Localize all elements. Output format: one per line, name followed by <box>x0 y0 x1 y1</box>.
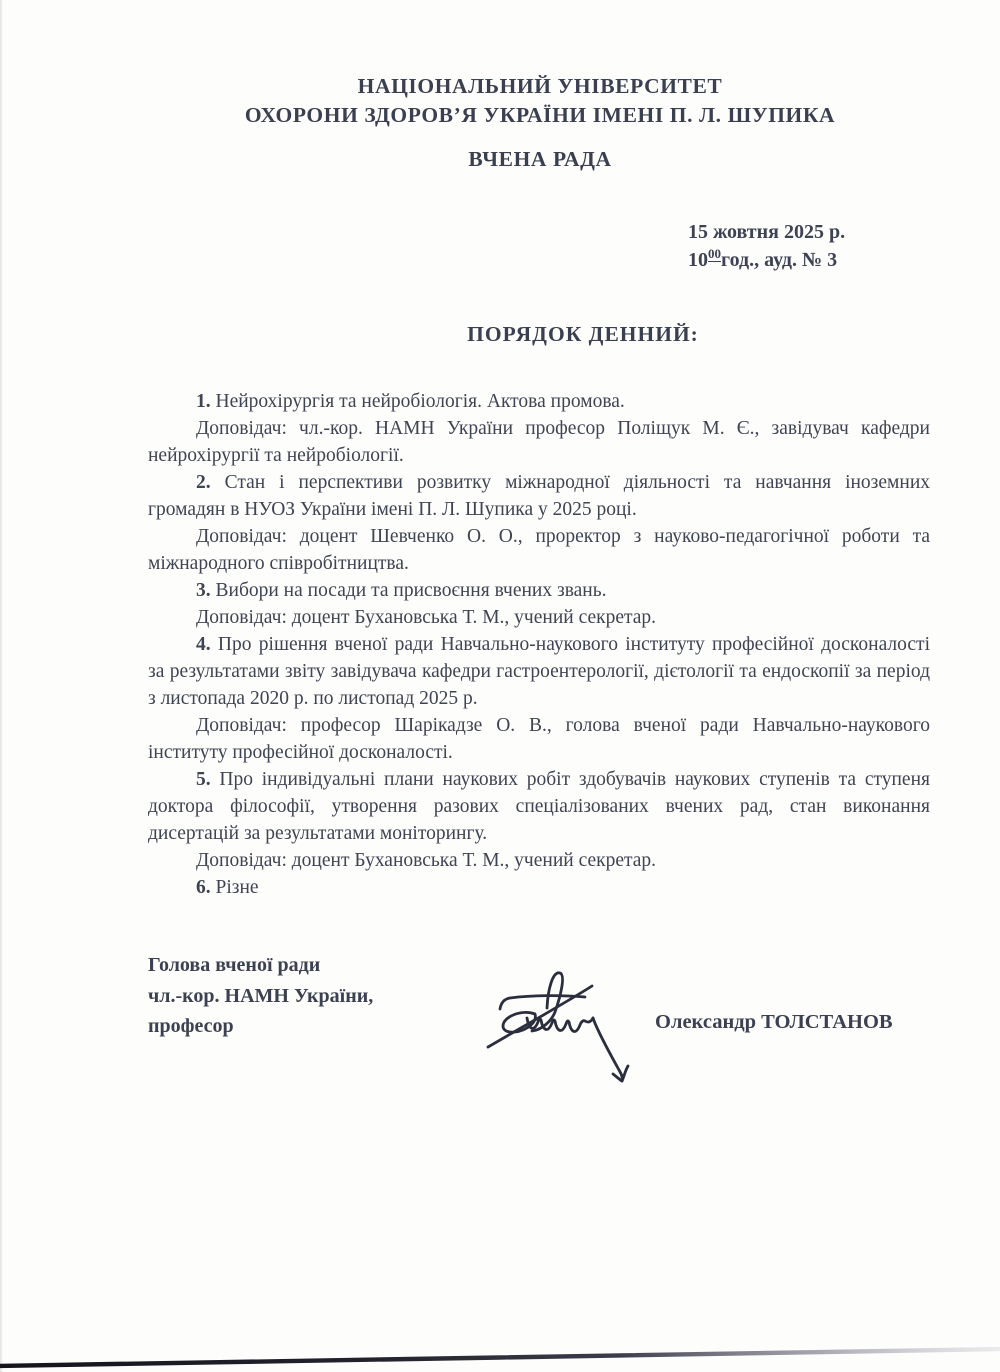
agenda-item-4: 4. Про рішення вченої ради Навчально-нау… <box>148 631 930 712</box>
meeting-date: 15 жовтня 2025 р. <box>688 218 845 246</box>
scanned-document-page: НАЦІОНАЛЬНИЙ УНІВЕРСИТЕТ ОХОРОНИ ЗДОРОВ’… <box>0 0 1000 1372</box>
agenda-item-6-number: 6. <box>196 877 211 898</box>
council-subtitle: ВЧЕНА РАДА <box>110 145 970 174</box>
agenda-item-1-speaker: Доповідач: чл.-кор. НАМН України професо… <box>148 415 930 469</box>
agenda-body: 1. Нейрохірургія та нейробіологія. Актов… <box>148 388 930 901</box>
university-name-line1: НАЦІОНАЛЬНИЙ УНІВЕРСИТЕТ <box>110 72 970 101</box>
agenda-item-1-title: Нейрохірургія та нейробіологія. Актова п… <box>216 391 625 412</box>
agenda-item-4-number: 4. <box>196 634 211 655</box>
agenda-item-2-title: Стан і перспективи розвитку міжнародної … <box>148 472 930 520</box>
agenda-item-2-speaker: Доповідач: доцент Шевченко О. О., прорек… <box>148 523 930 577</box>
agenda-item-2: 2. Стан і перспективи розвитку міжнародн… <box>148 469 930 523</box>
document-header: НАЦІОНАЛЬНИЙ УНІВЕРСИТЕТ ОХОРОНИ ЗДОРОВ’… <box>110 72 970 174</box>
agenda-item-4-speaker: Доповідач: професор Шарікадзе О. В., гол… <box>148 712 930 766</box>
agenda-item-1-number: 1. <box>196 391 211 412</box>
meeting-hour: 10 <box>688 249 708 271</box>
signoff-role-line2: чл.-кор. НАМН України, <box>148 981 373 1012</box>
agenda-item-3-title: Вибори на посади та присвоєння вчених зв… <box>216 580 607 601</box>
agenda-item-6-title: Різне <box>216 877 259 898</box>
scan-bottom-edge-artifact <box>0 1340 1000 1372</box>
meeting-time-room: 1000год., ауд. № 3 <box>688 246 845 274</box>
agenda-item-6: 6. Різне <box>148 874 930 901</box>
meeting-datetime-block: 15 жовтня 2025 р. 1000год., ауд. № 3 <box>688 218 845 274</box>
agenda-item-5-speaker: Доповідач: доцент Бухановська Т. М., уче… <box>148 847 930 874</box>
signoff-name: Олександр ТОЛСТАНОВ <box>655 1011 893 1034</box>
signoff-role-line1: Голова вченої ради <box>148 950 373 981</box>
agenda-title: ПОРЯДОК ДЕННИЙ: <box>148 322 930 347</box>
agenda-item-5-number: 5. <box>196 769 211 790</box>
handwritten-signature <box>477 960 692 1125</box>
agenda-item-2-number: 2. <box>196 472 211 493</box>
agenda-item-3-number: 3. <box>196 580 211 601</box>
agenda-item-5: 5. Про індивідуальні плани наукових робі… <box>148 766 930 847</box>
university-name-line2: ОХОРОНИ ЗДОРОВ’Я УКРАЇНИ ІМЕНІ П. Л. ШУП… <box>110 101 970 130</box>
agenda-item-5-title: Про індивідуальні плани наукових робіт з… <box>148 769 930 844</box>
signoff-role-block: Голова вченої ради чл.-кор. НАМН України… <box>148 950 373 1042</box>
agenda-item-3: 3. Вибори на посади та присвоєння вчених… <box>148 577 930 604</box>
scan-left-edge-artifact <box>0 0 3 1372</box>
agenda-item-4-title: Про рішення вченої ради Навчально-науков… <box>148 634 930 709</box>
agenda-item-3-speaker: Доповідач: доцент Бухановська Т. М., уче… <box>148 604 930 631</box>
meeting-minutes-superscript: 00 <box>708 246 721 262</box>
agenda-item-1: 1. Нейрохірургія та нейробіологія. Актов… <box>148 388 930 415</box>
signoff-role-line3: професор <box>148 1011 373 1042</box>
meeting-room: год., ауд. № 3 <box>721 249 837 271</box>
